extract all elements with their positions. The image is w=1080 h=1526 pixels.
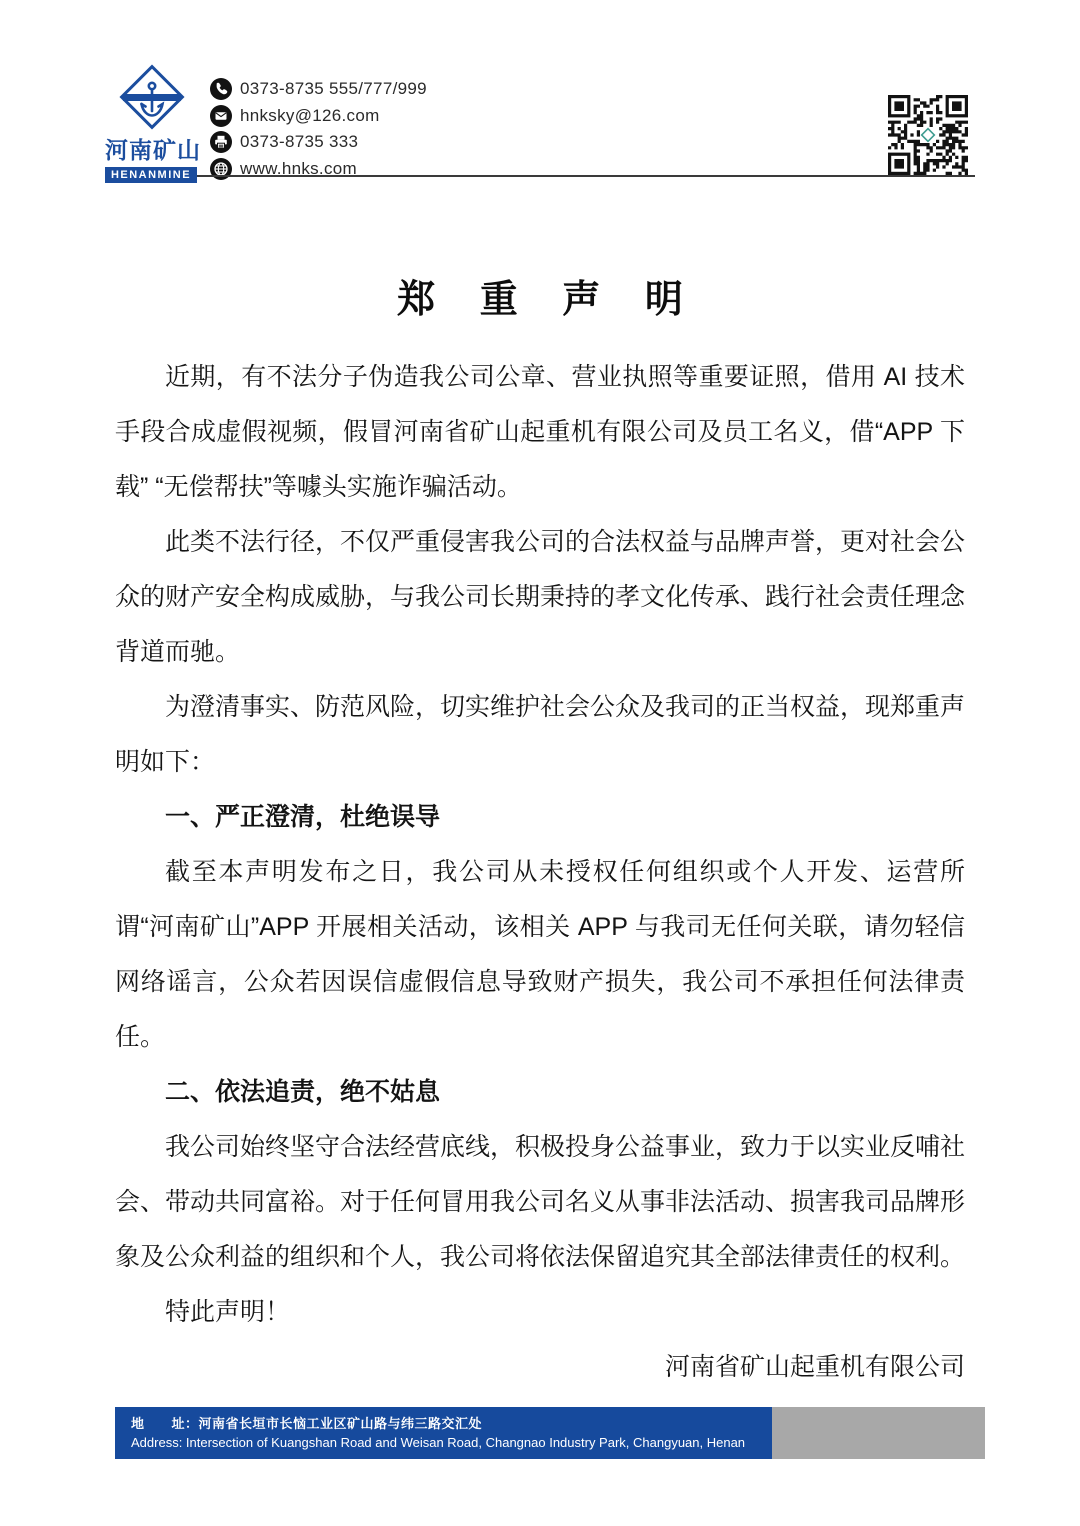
company-logo: 河南矿山 HENANMINE [105, 68, 197, 183]
section-heading-2: 二、依法追责，绝不姑息 [115, 1065, 965, 1120]
paragraph-legal: 我公司始终坚守合法经营底线，积极投身公益事业，致力于以实业反哺社会、带动共同富裕… [115, 1120, 965, 1285]
logo-chinese-name: 河南矿山 [105, 132, 197, 165]
address-english: Address: Intersection of Kuangshan Road … [131, 1433, 772, 1453]
email-address: hnksky@126.com [240, 106, 380, 126]
fax-number: 0373-8735 333 [240, 132, 358, 152]
address-chinese: 地 址：河南省长垣市长恼工业区矿山路与纬三路交汇处 [131, 1414, 772, 1433]
letterhead-divider [197, 175, 975, 177]
footer-address-panel: 地 址：河南省长垣市长恼工业区矿山路与纬三路交汇处 Address: Inter… [115, 1407, 772, 1459]
phone-icon [210, 78, 232, 100]
contact-list: 0373-8735 555/777/999 hnksky@126.com 037… [210, 76, 427, 182]
paragraph-intro: 近期，有不法分子伪造我公司公章、营业执照等重要证照，借用 AI 技术手段合成虚假… [115, 350, 965, 515]
section-heading-1: 一、严正澄清，杜绝误导 [115, 790, 965, 845]
contact-email: hnksky@126.com [210, 103, 427, 130]
page-title: 郑 重 声 明 [0, 268, 1080, 323]
paragraph-clarify: 截至本声明发布之日，我公司从未授权任何组织或个人开发、运营所谓“河南矿山”APP… [115, 845, 965, 1065]
qr-code [888, 95, 968, 175]
statement-body: 近期，有不法分子伪造我公司公章、营业执照等重要证照，借用 AI 技术手段合成虚假… [115, 350, 965, 1450]
contact-website: www.hnks.com [210, 156, 427, 183]
closing-line: 特此声明！ [115, 1285, 965, 1340]
contact-phone: 0373-8735 555/777/999 [210, 76, 427, 103]
signature-company: 河南省矿山起重机有限公司 [665, 1340, 965, 1395]
email-icon [210, 105, 232, 127]
paragraph-purpose: 为澄清事实、防范风险，切实维护社会公众及我司的正当权益，现郑重声明如下： [115, 680, 965, 790]
footer-address-bar: 地 址：河南省长垣市长恼工业区矿山路与纬三路交汇处 Address: Inter… [115, 1407, 985, 1459]
paragraph-harm: 此类不法行径，不仅严重侵害我公司的合法权益与品牌声誉，更对社会公众的财产安全构成… [115, 515, 965, 680]
statement-page: 河南矿山 HENANMINE 0373-8735 555/777/999 hnk… [0, 0, 1080, 1526]
footer-gray-block [772, 1407, 985, 1459]
fax-icon [210, 131, 232, 153]
phone-number: 0373-8735 555/777/999 [240, 79, 427, 99]
contact-fax: 0373-8735 333 [210, 129, 427, 156]
logo-anchor-emblem [105, 68, 197, 130]
logo-english-name: HENANMINE [105, 167, 197, 183]
anchor-icon [138, 79, 166, 119]
